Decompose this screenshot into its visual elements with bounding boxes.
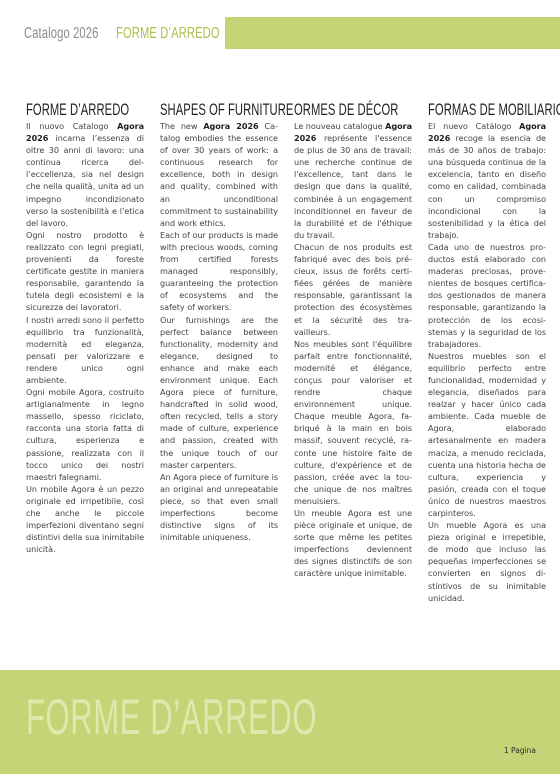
paragraph: An Agora piece of furniture is an origin… <box>160 471 278 544</box>
paragraph: Un meuble Agora est une pièce originale … <box>294 507 412 580</box>
paragraph: Nos meubles sont l'équili­bre parfait en… <box>294 338 412 507</box>
paragraph: Il nuovo Catalogo Agora 2026 incarna l’e… <box>26 120 144 229</box>
text-columns: FORME D’ARREDO Il nuovo Catalogo Agora 2… <box>26 100 546 604</box>
column-body: The new Agora 2026 Ca­talog embodies the… <box>160 120 278 543</box>
column-spanish: FORMAS DE MOBILIARIO El nuevo Catálogo A… <box>428 100 546 604</box>
column-title: FORME D’ARREDO <box>26 100 104 120</box>
column-english: SHAPES OF FURNITURE The new Agora 2026 C… <box>160 100 278 604</box>
brand-name: Agora 2026 <box>203 121 258 131</box>
column-body: Il nuovo Catalogo Agora 2026 incarna l’e… <box>26 120 144 555</box>
paragraph: Chacun de nos produits est fabriqué avec… <box>294 241 412 338</box>
catalog-title: Catalogo 2026 <box>24 25 98 43</box>
paragraph: Nuestros muebles son el equilibrio perfe… <box>428 350 546 519</box>
column-body: El nuevo Catálogo Agora 2026 recoge la e… <box>428 120 546 604</box>
paragraph: I nostri arredi sono il per­fetto equili… <box>26 314 144 387</box>
paragraph: The new Agora 2026 Ca­talog embodies the… <box>160 120 278 229</box>
header-accent-bar <box>225 17 560 49</box>
paragraph: Un mueble Agora es una pieza original e … <box>428 519 546 604</box>
column-italian: FORME D’ARREDO Il nuovo Catalogo Agora 2… <box>26 100 144 604</box>
column-french: ORMES DE DÉCOR Le nouveau catalogue Agor… <box>294 100 412 604</box>
paragraph: Cada uno de nuestros pro­ductos está ela… <box>428 241 546 350</box>
paragraph: Ogni mobile Agora, co­struito artigianal… <box>26 386 144 483</box>
column-title: ORMES DE DÉCOR <box>294 100 372 120</box>
paragraph: Each of our products is made with precio… <box>160 229 278 314</box>
column-title: FORMAS DE MOBILIARIO <box>428 100 506 120</box>
footer-title: FORME D’ARREDO <box>26 692 317 742</box>
section-title: FORME D’ARREDO <box>116 25 220 43</box>
page-footer: FORME D’ARREDO 1 Pagina <box>0 670 560 774</box>
header-label: Catalogo 2026 FORME D’ARREDO <box>24 23 127 45</box>
paragraph: Un mobile Agora è un pezzo originale ed … <box>26 483 144 556</box>
column-body: Le nouveau catalogue Agora 2026 représen… <box>294 120 412 580</box>
paragraph: El nuevo Catálogo Agora 2026 recoge la e… <box>428 120 546 241</box>
paragraph: Ogni nostro prodotto è realizzato con le… <box>26 229 144 314</box>
column-title: SHAPES OF FURNITURE <box>160 100 238 120</box>
paragraph: Le nouveau catalogue Agora 2026 représen… <box>294 120 412 241</box>
paragraph: Our furnishings are the perfect balance … <box>160 314 278 471</box>
page-header: Catalogo 2026 FORME D’ARREDO <box>0 17 560 49</box>
page-number: 1 Pagina <box>504 746 536 755</box>
